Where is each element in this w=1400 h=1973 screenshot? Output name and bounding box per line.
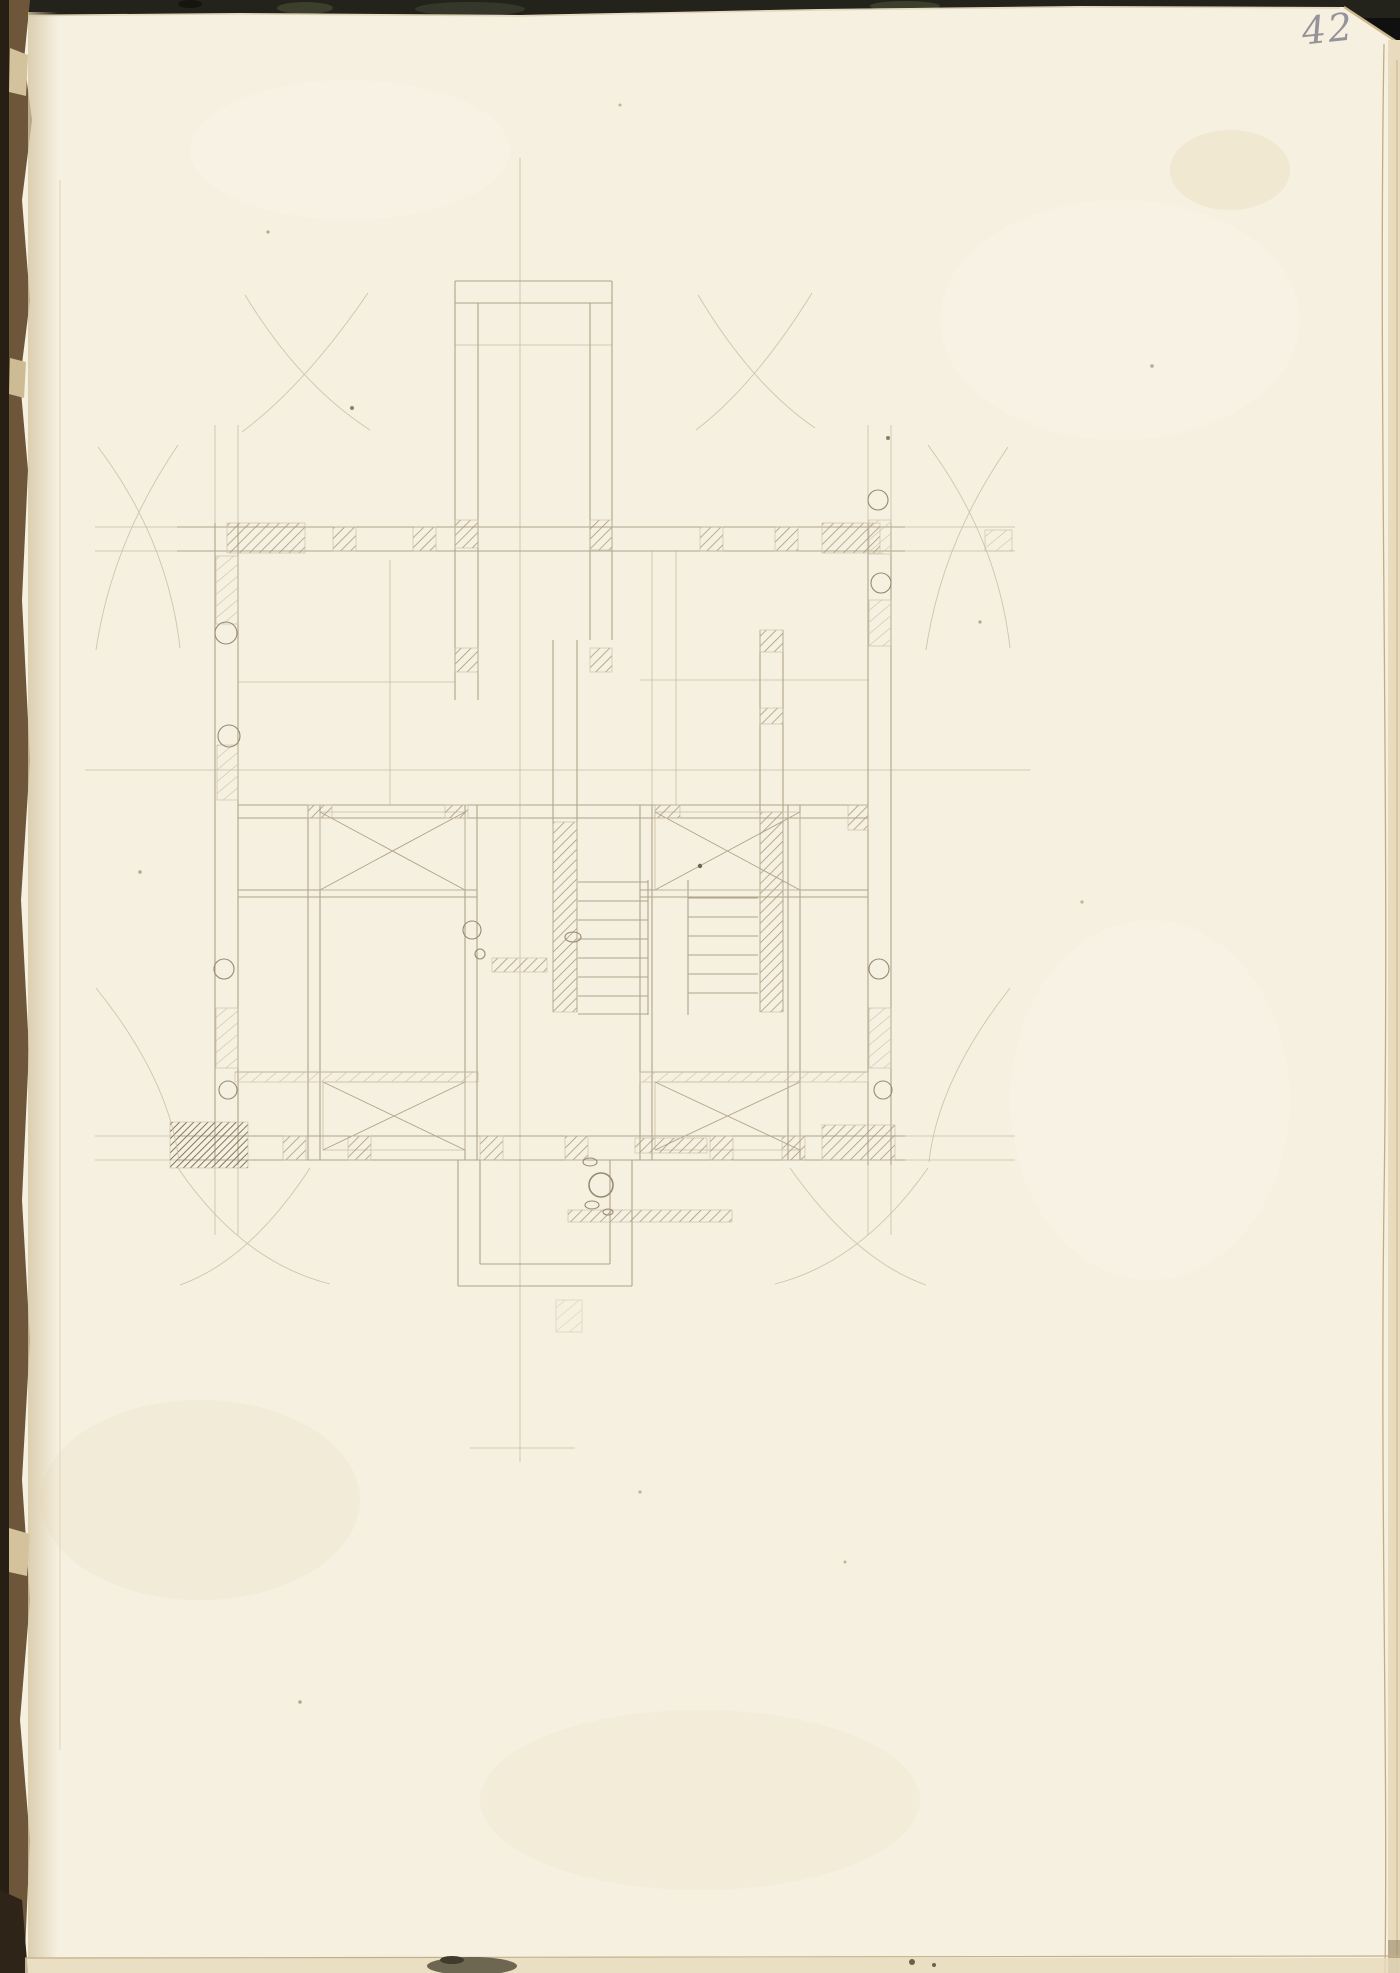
page-bottom-edge	[25, 1956, 1400, 1973]
book-binding-edge	[0, 0, 58, 1973]
stair-side-hatch	[760, 812, 783, 1012]
paper-sheet	[0, 6, 1400, 1973]
floor-plan-drawing	[0, 0, 1400, 1973]
page-number: 42	[1300, 2, 1375, 59]
stair-spine-hatch	[553, 822, 577, 1012]
scanned-page: 42	[0, 0, 1400, 1973]
dark-corner-pier	[170, 1122, 248, 1168]
